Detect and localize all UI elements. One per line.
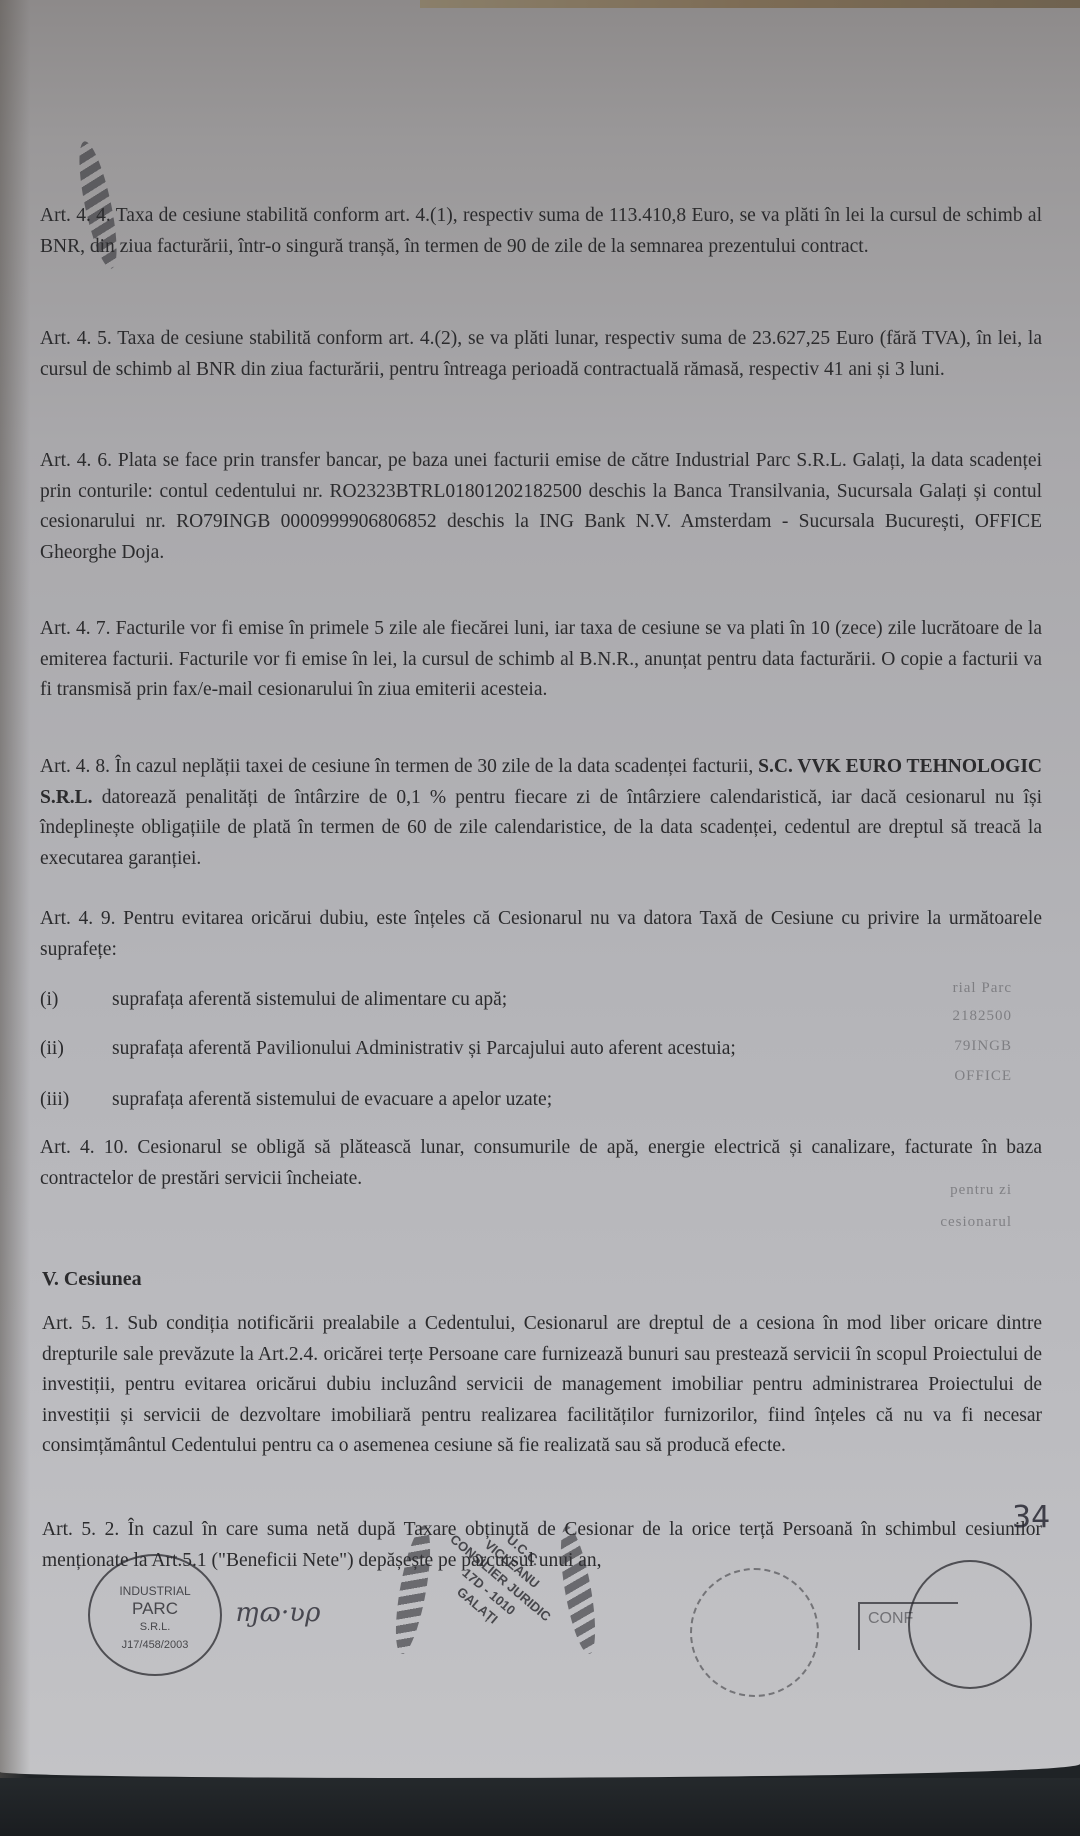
list-item-iii: (iii)suprafața aferentă sistemului de ev… (40, 1089, 552, 1111)
article-4-7: Art. 4. 7. Facturile vor fi emise în pri… (40, 614, 1042, 706)
article-4-6: Art. 4. 6. Plata se face prin transfer b… (40, 446, 1042, 568)
article-4-8-prefix: Art. 4. 8. În cazul neplății taxei de ce… (40, 756, 758, 777)
list-text: suprafața aferentă sistemului de aliment… (112, 989, 507, 1010)
stamp-line: S.R.L. (90, 1618, 220, 1636)
list-number: (ii) (40, 1038, 112, 1060)
list-number: (i) (40, 989, 112, 1011)
article-4-10: Art. 4. 10. Cesionarul se obligă să plăt… (40, 1133, 1042, 1194)
article-5-1: Art. 5. 1. Sub condiția notificării prea… (42, 1309, 1042, 1462)
company-stamp: INDUSTRIAL PARC S.R.L. J17/458/2003 (88, 1554, 222, 1676)
section-heading: V. Cesiunea (42, 1268, 142, 1291)
list-item-ii: (ii)suprafața aferentă Pavilionului Admi… (40, 1038, 736, 1060)
bleed-through-text: OFFICE (892, 1068, 1012, 1085)
page-top-edge (420, 0, 1080, 8)
stamp-line: J17/458/2003 (90, 1636, 220, 1654)
desk-background (0, 1778, 1080, 1836)
page-number: 34 (1012, 1500, 1050, 1535)
document-page: Art. 4. 4. Taxa de cesiune stabilită con… (0, 0, 1080, 1778)
stamp-line: PARC (90, 1600, 220, 1618)
article-4-9: Art. 4. 9. Pentru evitarea oricărui dubi… (40, 904, 1042, 965)
article-4-8-suffix: datorează penalități de întârzire de 0,1… (40, 787, 1042, 869)
article-4-4: Art. 4. 4. Taxa de cesiune stabilită con… (40, 201, 1042, 262)
stamp-line: INDUSTRIAL (90, 1582, 220, 1600)
bleed-through-text: rial Parc (892, 980, 1012, 997)
list-text: suprafața aferentă Pavilionului Administ… (112, 1038, 736, 1059)
bleed-through-text: 79INGB (892, 1038, 1012, 1055)
signature: ɱɷ·ʋρ (235, 1598, 320, 1628)
round-stamp (908, 1560, 1032, 1689)
legal-advisor-stamp: U.C.C. VICLEANU CONSILIER JURIDIC 17D - … (384, 1471, 610, 1693)
bleed-through-text: 2182500 (892, 1008, 1012, 1025)
bleed-through-text: cesionarul (892, 1214, 1012, 1231)
list-number: (iii) (40, 1089, 112, 1111)
list-text: suprafața aferentă sistemului de evacuar… (112, 1089, 552, 1110)
stamp-line: CONF (868, 1610, 913, 1627)
bank-stamp (690, 1568, 819, 1697)
article-4-8: Art. 4. 8. În cazul neplății taxei de ce… (40, 752, 1042, 874)
article-4-5: Art. 4. 5. Taxa de cesiune stabilită con… (40, 324, 1042, 385)
list-item-i: (i)suprafața aferentă sistemului de alim… (40, 989, 507, 1011)
